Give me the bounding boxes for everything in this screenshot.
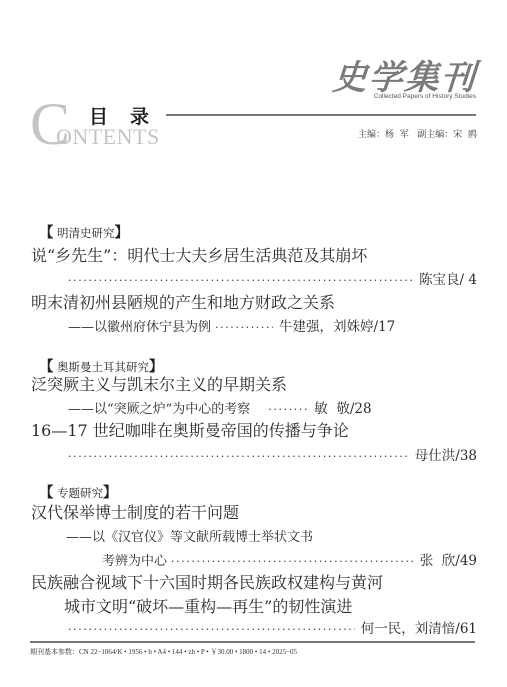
section-heading-ottoman: 【 奥斯曼土耳其研究】 (32, 342, 163, 376)
dot-leader: ········································… (68, 623, 355, 636)
author-page: 牛建强，刘姝婷/17 (273, 315, 395, 335)
author-page: 母仕洪/38 (409, 444, 477, 464)
author-page: 敏 敬/28 (308, 397, 371, 417)
journal-logo-cn: 史学集刊 (331, 50, 478, 99)
toc-entry-leader: 考辨为中心 ··································… (102, 549, 477, 569)
journal-logo-en: Collected Papers of History Studies (374, 93, 476, 100)
author-page: 张 欣/49 (414, 549, 477, 569)
editors-line: 主编：杨 军 副主编：宋 鸥 (358, 127, 477, 140)
author-page: 陈宝良/ 4 (413, 268, 477, 288)
contents-word: ONTENTS (56, 126, 160, 148)
article-title[interactable]: 说“乡先生”：明代士大夫乡居生活典范及其崩坏 (31, 243, 367, 266)
article-title[interactable]: 泛突厥主义与凯末尔主义的早期关系 (31, 372, 287, 395)
footer-divider (30, 641, 475, 643)
section-heading-special-topics: 【 专题研究】 (32, 468, 117, 502)
article-title[interactable]: 汉代保举博士制度的若干问题 (31, 500, 239, 523)
article-title-cont[interactable]: 城市文明“破坏—重构—再生”的韧性演进 (64, 594, 352, 617)
toc-entry-leader: ········································… (68, 444, 477, 464)
article-subtitle: ——以徽州府休宁县为例 (68, 316, 211, 335)
bracket-close: 】 (103, 485, 117, 501)
toc-entry-leader: ········································… (68, 617, 477, 637)
article-subtitle: ——以“突厥之炉”为中心的考察 (68, 398, 250, 417)
dot-leader: ········································… (215, 321, 273, 334)
article-title[interactable]: 明末清初州县陋规的产生和地方财政之关系 (31, 290, 335, 313)
section-label: 明清史研究 (57, 226, 115, 240)
header-divider (166, 114, 476, 116)
section-heading-ming-qing: 【 明清史研究】 (32, 208, 128, 242)
toc-entry-leader: ——以“突厥之炉”为中心的考察 ························… (68, 397, 477, 417)
bracket-open: 【 (39, 225, 53, 241)
article-title[interactable]: 民族融合视域下十六国时期各民族政权建构与黄河 (31, 570, 383, 593)
author-page: 何一民，刘清愔/61 (355, 617, 477, 637)
dot-leader: ········································… (68, 450, 409, 463)
dot-leader: ········································… (268, 403, 308, 416)
article-subtitle: ——以《汉官仪》等文献所载博士举状文书 (66, 526, 313, 545)
toc-entry-leader: ········································… (68, 268, 477, 288)
bracket-open: 【 (39, 485, 53, 501)
dot-leader: ········································… (68, 274, 413, 287)
section-label: 专题研究 (57, 486, 103, 500)
article-title[interactable]: 16—17 世纪咖啡在奥斯曼帝国的传播与争论 (31, 418, 349, 441)
toc-entry-leader: ——以徽州府休宁县为例 ····························… (68, 315, 477, 335)
dot-leader: ········································… (171, 555, 414, 568)
article-subtitle-cont: 考辨为中心 (102, 550, 167, 569)
bracket-close: 】 (114, 225, 128, 241)
toc-title: 目录 (89, 102, 171, 129)
journal-parameters: 期刊基本参数：CN 22−1064/K • 1956 • b • A4 • 14… (30, 647, 297, 657)
